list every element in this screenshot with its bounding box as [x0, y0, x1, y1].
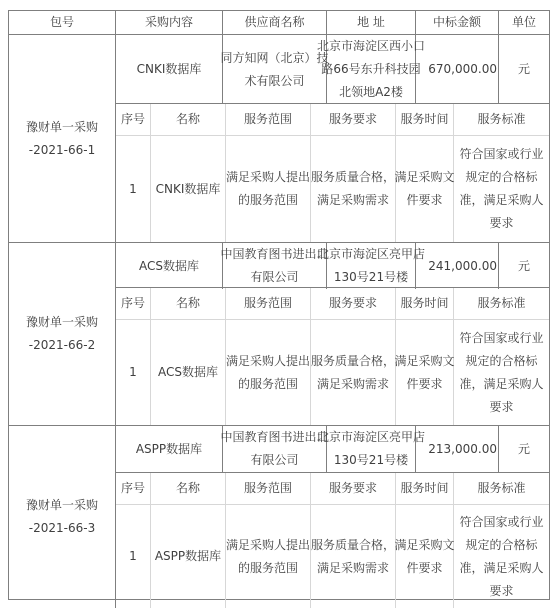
address-cell: 北京市海淀区亮甲店 130号21号楼	[327, 426, 416, 472]
section-2021-66-1: 豫财单一采购 -2021-66-1 CNKI数据库 同方知网（北京）技 术有限公…	[9, 35, 549, 243]
service-standard: 符合国家或行业 规定的合格标 准，满足采购人 要求	[454, 136, 549, 242]
service-requirement: 服务质量合格， 满足采购需求	[311, 136, 396, 242]
service-header-name: 名称	[151, 104, 226, 135]
service-header-requirement: 服务要求	[311, 288, 396, 319]
service-data-row: 1 ASPP数据库 满足采购人提出 的服务范围 服务质量合格， 满足采购需求 满…	[116, 505, 549, 608]
service-data-row: 1 ACS数据库 满足采购人提出 的服务范围 服务质量合格， 满足采购需求 满足…	[116, 320, 549, 425]
service-header-seq: 序号	[116, 288, 151, 319]
service-header-scope: 服务范围	[226, 473, 311, 504]
package-number: 豫财单一采购 -2021-66-1	[9, 35, 116, 242]
service-header-time: 服务时间	[396, 473, 454, 504]
header-unit: 单位	[499, 11, 549, 34]
supplier-cell: 中国教育图书进出口 有限公司	[223, 426, 327, 472]
service-requirement: 服务质量合格， 满足采购需求	[311, 320, 396, 425]
service-header-row: 序号 名称 服务范围 服务要求 服务时间 服务标准	[116, 473, 549, 505]
service-header-seq: 序号	[116, 104, 151, 135]
unit-cell: 元	[499, 35, 549, 104]
content-cell: ACS数据库	[116, 243, 223, 289]
package-number: 豫财单一采购 -2021-66-3	[9, 426, 116, 608]
service-time: 满足采购文 件要求	[396, 136, 454, 242]
service-header-scope: 服务范围	[226, 104, 311, 135]
service-header-seq: 序号	[116, 473, 151, 504]
table-header-row: 包号 采购内容 供应商名称 地 址 中标金额 单位	[9, 11, 549, 35]
service-header-name: 名称	[151, 288, 226, 319]
service-standard: 符合国家或行业 规定的合格标 准，满足采购人 要求	[454, 320, 549, 425]
service-time: 满足采购文 件要求	[396, 320, 454, 425]
amount-cell: 670,000.00	[416, 35, 499, 104]
service-header-time: 服务时间	[396, 288, 454, 319]
service-scope: 满足采购人提出 的服务范围	[226, 320, 311, 425]
section-2021-66-3: 豫财单一采购 -2021-66-3 ASPP数据库 中国教育图书进出口 有限公司…	[9, 426, 549, 608]
header-address: 地 址	[327, 11, 416, 34]
service-scope: 满足采购人提出 的服务范围	[226, 505, 311, 608]
service-header-standard: 服务标准	[454, 104, 549, 135]
service-header-standard: 服务标准	[454, 473, 549, 504]
service-standard: 符合国家或行业 规定的合格标 准，满足采购人 要求	[454, 505, 549, 608]
service-name: ACS数据库	[151, 320, 226, 425]
procurement-table: 包号 采购内容 供应商名称 地 址 中标金额 单位 豫财单一采购 -2021-6…	[8, 10, 550, 600]
header-supplier: 供应商名称	[223, 11, 327, 34]
unit-cell: 元	[499, 243, 549, 289]
address-cell: 北京市海淀区亮甲店 130号21号楼	[327, 243, 416, 289]
supplier-cell: 中国教育图书进出口 有限公司	[223, 243, 327, 289]
service-header-name: 名称	[151, 473, 226, 504]
supplier-row: ASPP数据库 中国教育图书进出口 有限公司 北京市海淀区亮甲店 130号21号…	[116, 426, 549, 473]
service-name: CNKI数据库	[151, 136, 226, 242]
amount-cell: 241,000.00	[416, 243, 499, 289]
header-package: 包号	[9, 11, 116, 34]
amount-cell: 213,000.00	[416, 426, 499, 472]
service-seq: 1	[116, 505, 151, 608]
package-number: 豫财单一采购 -2021-66-2	[9, 243, 116, 425]
service-header-scope: 服务范围	[226, 288, 311, 319]
service-requirement: 服务质量合格， 满足采购需求	[311, 505, 396, 608]
section-details: ACS数据库 中国教育图书进出口 有限公司 北京市海淀区亮甲店 130号21号楼…	[116, 243, 549, 425]
content-cell: ASPP数据库	[116, 426, 223, 472]
page: 包号 采购内容 供应商名称 地 址 中标金额 单位 豫财单一采购 -2021-6…	[0, 0, 554, 608]
address-cell: 北京市海淀区西小口 路66号东升科技园 北领地A2楼	[327, 35, 416, 104]
supplier-row: ACS数据库 中国教育图书进出口 有限公司 北京市海淀区亮甲店 130号21号楼…	[116, 243, 549, 288]
service-header-time: 服务时间	[396, 104, 454, 135]
service-data-row: 1 CNKI数据库 满足采购人提出 的服务范围 服务质量合格， 满足采购需求 满…	[116, 136, 549, 242]
service-time: 满足采购文 件要求	[396, 505, 454, 608]
unit-cell: 元	[499, 426, 549, 472]
service-header-requirement: 服务要求	[311, 473, 396, 504]
section-details: ASPP数据库 中国教育图书进出口 有限公司 北京市海淀区亮甲店 130号21号…	[116, 426, 549, 608]
service-name: ASPP数据库	[151, 505, 226, 608]
service-header-requirement: 服务要求	[311, 104, 396, 135]
supplier-cell: 同方知网（北京）技 术有限公司	[223, 35, 327, 104]
supplier-row: CNKI数据库 同方知网（北京）技 术有限公司 北京市海淀区西小口 路66号东升…	[116, 35, 549, 104]
service-scope: 满足采购人提出 的服务范围	[226, 136, 311, 242]
service-header-row: 序号 名称 服务范围 服务要求 服务时间 服务标准	[116, 104, 549, 136]
service-header-row: 序号 名称 服务范围 服务要求 服务时间 服务标准	[116, 288, 549, 320]
service-header-standard: 服务标准	[454, 288, 549, 319]
section-2021-66-2: 豫财单一采购 -2021-66-2 ACS数据库 中国教育图书进出口 有限公司 …	[9, 243, 549, 426]
section-details: CNKI数据库 同方知网（北京）技 术有限公司 北京市海淀区西小口 路66号东升…	[116, 35, 549, 242]
header-content: 采购内容	[116, 11, 223, 34]
service-seq: 1	[116, 320, 151, 425]
content-cell: CNKI数据库	[116, 35, 223, 104]
header-amount: 中标金额	[416, 11, 499, 34]
service-seq: 1	[116, 136, 151, 242]
